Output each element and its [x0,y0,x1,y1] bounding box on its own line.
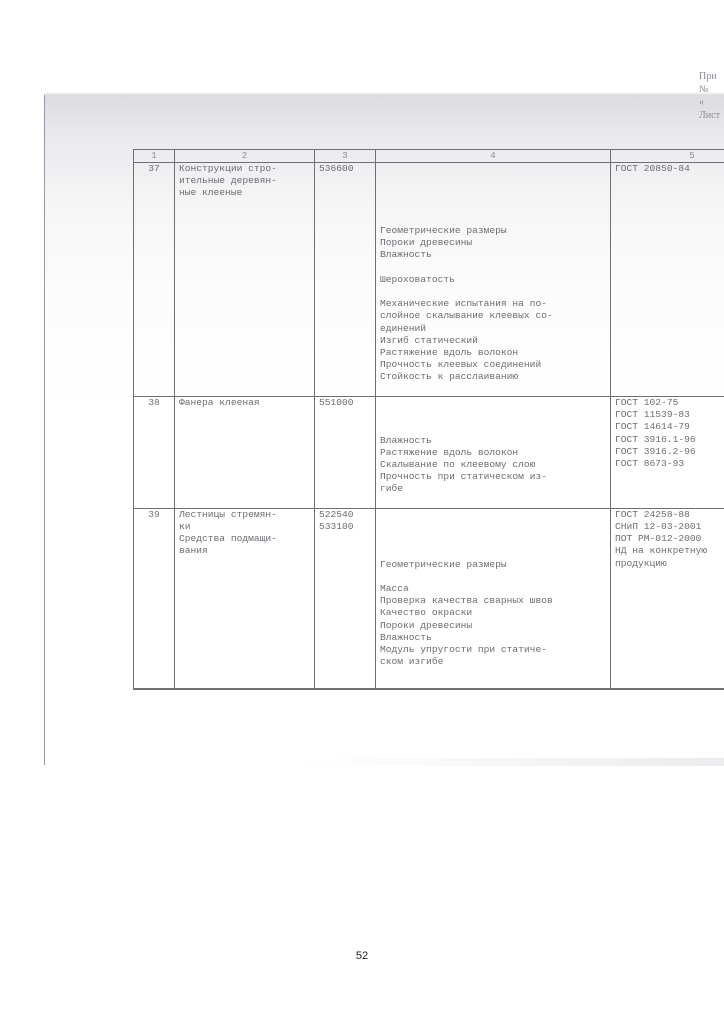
spacer [380,522,606,534]
characteristic-item: Стойкость к расслаиванию [380,371,606,383]
accreditation-table: 1 2 3 4 5 37 Конструкции стро- ительные … [133,149,724,690]
row-number: 37 [134,163,175,397]
characteristics-cell: Геометрические размерыМассаПроверка каче… [376,508,611,689]
characteristic-item: Прочность клеевых соединений [380,359,606,371]
characteristic-item: Влажность [380,249,606,261]
table-row: 37 Конструкции стро- ительные деревян- н… [134,163,724,397]
column-number: 2 [175,150,315,163]
header-note-line: № [699,83,720,96]
column-number-row: 1 2 3 4 5 [134,150,724,163]
spacer [380,546,606,558]
header-note-line: « [699,96,720,109]
column-number: 1 [134,150,175,163]
appendix-header-note: При № « Лист [699,70,720,122]
spacer [380,286,606,298]
product-name: Фанера клееная [175,397,315,509]
characteristic-item: Модуль упругости при статиче- ском изгиб… [380,644,606,668]
characteristic-item: Геометрические размеры [380,225,606,237]
product-name: Конструкции стро- ительные деревян- ные … [175,163,315,397]
header-note-line: Лист [699,109,720,122]
characteristic-item: Пороки древесины [380,620,606,632]
standards-cell: ГОСТ 102-75 ГОСТ 11539-83 ГОСТ 14614-79 … [611,397,724,509]
column-number: 4 [376,150,611,163]
characteristics-list: ВлажностьРастяжение вдоль волоконСкалыва… [380,409,606,495]
page-number: 52 [0,950,724,962]
product-name: Лестницы стремян- ки Средства подмащи- в… [175,508,315,689]
spacer [380,534,606,546]
column-number: 3 [315,150,376,163]
characteristics-cell: Геометрические размерыПороки древесиныВл… [376,163,611,397]
characteristic-item: Растяжение вдоль волокон [380,447,606,459]
characteristic-item: Качество окраски [380,607,606,619]
product-code: 522540 533100 [315,508,376,689]
characteristic-item: Масса [380,583,606,595]
characteristic-item: Механические испытания на по- слойное ск… [380,298,606,335]
spacer [380,201,606,213]
characteristic-item: Геометрические размеры [380,559,606,571]
table-row: 38 Фанера клееная 551000 ВлажностьРастяж… [134,397,724,509]
table-row: 39 Лестницы стремян- ки Средства подмащи… [134,508,724,689]
spacer [380,571,606,583]
characteristic-item: Изгиб статический [380,335,606,347]
spacer [380,422,606,434]
spacer [380,213,606,225]
characteristics-list: Геометрические размерыПороки древесиныВл… [380,175,606,383]
product-code: 551000 [315,397,376,509]
characteristic-item: Шероховатость [380,274,606,286]
scan-shadow [300,758,724,766]
characteristics-list: Геометрические размерыМассаПроверка каче… [380,521,606,668]
characteristic-item: Проверка качества сварных швов [380,595,606,607]
characteristic-item: Растяжение вдоль волокон [380,347,606,359]
header-note-line: При [699,70,720,83]
column-number: 5 [611,150,724,163]
spacer [380,262,606,274]
characteristics-cell: ВлажностьРастяжение вдоль волоконСкалыва… [376,397,611,509]
characteristic-item: Влажность [380,632,606,644]
spacer [380,176,606,188]
characteristic-item: Прочность при статическом из- гибе [380,471,606,495]
characteristic-item: Скалывание по клеевому слою [380,459,606,471]
product-code: 536600 [315,163,376,397]
row-number: 39 [134,508,175,689]
standards-cell: ГОСТ 20850-84 [611,163,724,397]
characteristic-item: Пороки древесины [380,237,606,249]
spacer [380,410,606,422]
row-number: 38 [134,397,175,509]
spacer [380,188,606,200]
characteristic-item: Влажность [380,435,606,447]
standards-cell: ГОСТ 24258-88 СНиП 12-03-2001 ПОТ РМ-012… [611,508,724,689]
